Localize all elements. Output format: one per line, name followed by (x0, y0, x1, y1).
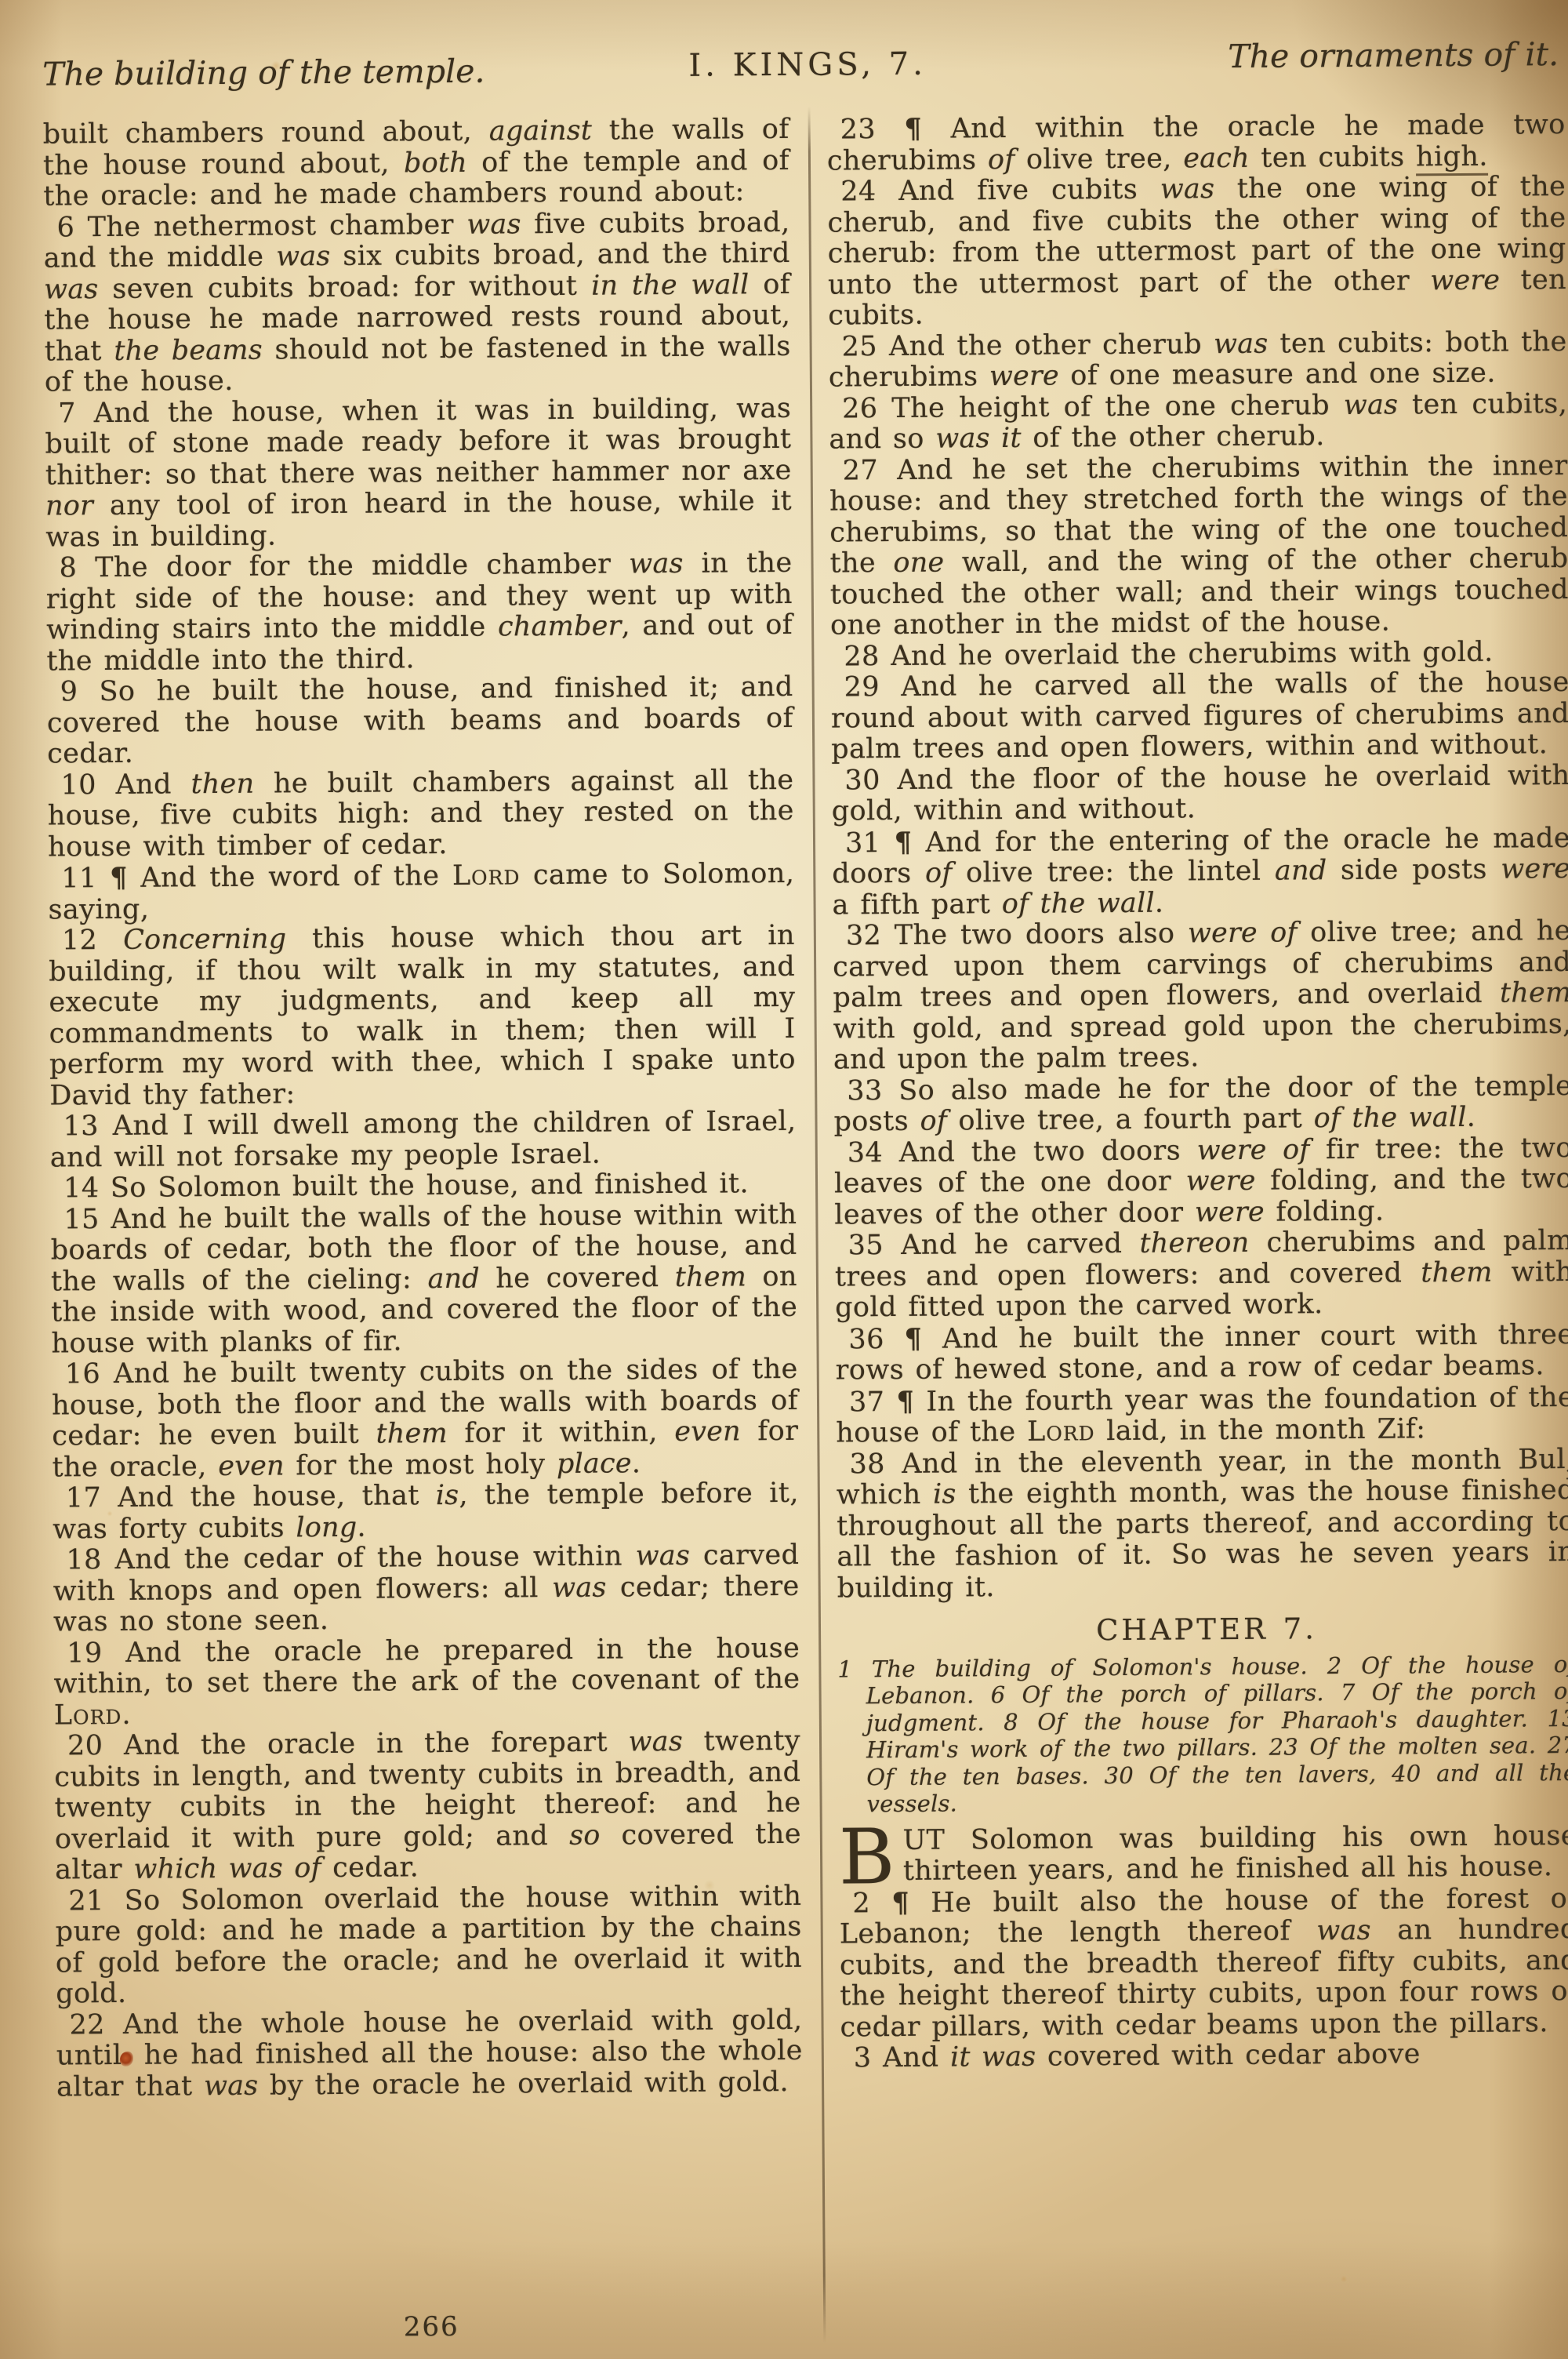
verse-11: 11 ¶ And the word of the Lord came to So… (48, 858, 795, 926)
verse-number: 21 (68, 1885, 104, 1917)
verse-22: 22 And the whole house he overlaid with … (56, 2005, 803, 2103)
verse-number: 12 (62, 925, 98, 956)
verse-17: 17 And the house, that is, the temple be… (53, 1478, 800, 1546)
verse-31: 31 ¶ And for the entering of the oracle … (832, 822, 1568, 921)
verse-26: 26 The height of the one cherub was ten … (829, 389, 1568, 456)
verse-number: 10 (60, 769, 96, 801)
verse-38: 38 And in the eleventh year, in the mont… (836, 1444, 1568, 1604)
verse-21: 21 So Solomon overlaid the house within … (55, 1881, 802, 2010)
drop-cap: B (839, 1827, 895, 1887)
pilcrow-mark: ¶ (896, 1385, 914, 1417)
small-caps-lord: Lord (54, 1699, 122, 1731)
verse-number: 32 (846, 920, 882, 951)
verse-29: 29 And he carved all the walls of the ho… (831, 667, 1568, 765)
verse-number: 14 (64, 1172, 100, 1204)
verse-6: 6 The nethermost chamber was five cubits… (43, 207, 791, 398)
verse-12: 12 Concerning this house which thou art … (49, 921, 797, 1112)
verse-number: 34 (848, 1137, 884, 1169)
verse-number: 38 (849, 1448, 885, 1480)
page-number: 266 (58, 2309, 804, 2346)
verse-number: 31 (845, 827, 881, 859)
chapter-summary: 1 The building of Solomon's house. 2 Of … (837, 1650, 1568, 1818)
verse-number: 26 (842, 393, 878, 424)
verse-number: 35 (848, 1230, 884, 1261)
verse-13: 13 And I will dwell among the children o… (49, 1107, 797, 1174)
bible-page: The building of the temple. I. KINGS, 7.… (0, 0, 1568, 2359)
verse-number: 18 (66, 1544, 102, 1576)
verse-36: 36 ¶ And he built the inner court with t… (835, 1318, 1568, 1387)
verse-number: 15 (64, 1204, 100, 1235)
pilcrow-mark: ¶ (894, 826, 912, 858)
verse-number: 22 (69, 2009, 105, 2041)
verse-number: 3 (854, 2042, 872, 2074)
verse-32: 32 The two doors also were of olive tree… (833, 916, 1568, 1076)
verse-30: 30 And the floor of the house he overlai… (831, 760, 1568, 827)
small-caps-lord: Lord (1027, 1416, 1095, 1448)
verse-number: 36 (848, 1324, 884, 1355)
right-column-verses-chapter7: BUT Solomon was building his own house t… (839, 1820, 1568, 2074)
verse-7: 7 And the house, when it was in building… (45, 393, 792, 553)
verse-number: 6 (56, 212, 74, 243)
running-head-right: The ornaments of it. (1228, 35, 1559, 75)
right-column-verses: 23 ¶ And within the oracle he made two c… (827, 109, 1568, 1605)
verse-25: 25 And the other cherub was ten cubits: … (828, 327, 1567, 394)
verse-number: 2 (852, 1888, 870, 1919)
small-caps-lord: Lord (452, 860, 521, 892)
verse-number: 19 (67, 1637, 103, 1669)
verse-number: 23 (840, 114, 877, 145)
verse-number: 24 (840, 176, 877, 207)
verse-number: 30 (844, 765, 880, 796)
verse-23: 23 ¶ And within the oracle he made two c… (827, 109, 1566, 177)
pilcrow-mark: ¶ (904, 113, 922, 145)
chapter-heading: CHAPTER 7. (837, 1612, 1568, 1648)
verse-10: 10 And then he built chambers against al… (47, 765, 794, 863)
verse-35: 35 And he carved thereon cherubims and p… (834, 1226, 1568, 1324)
pilcrow-mark: ¶ (904, 1322, 922, 1354)
verse-number: 33 (847, 1075, 883, 1107)
pilcrow-mark: ¶ (891, 1886, 909, 1918)
page-content: The building of the temple. I. KINGS, 7.… (0, 0, 1568, 2359)
verse-2: 2 ¶ He built also the house of the fores… (839, 1882, 1568, 2043)
underline-mark: high. (1416, 140, 1488, 176)
verse-number: 16 (65, 1358, 101, 1390)
verse-number: 7 (58, 398, 76, 429)
running-head: The building of the temple. I. KINGS, 7.… (0, 0, 1560, 107)
verse-15: 15 And he built the walls of the house w… (50, 1199, 797, 1359)
verse-number: 28 (844, 641, 880, 672)
verse-number: 13 (63, 1110, 99, 1142)
verse-8: 8 The door for the middle chamber was in… (45, 548, 793, 678)
verse-number: 9 (60, 676, 78, 707)
verse-number: 11 (61, 863, 97, 894)
verse-16: 16 And he built twenty cubits on the sid… (52, 1354, 799, 1484)
verse-number: 37 (849, 1387, 885, 1418)
ink-stain (119, 2052, 132, 2066)
verse-number: 25 (841, 331, 877, 362)
verse-3: 3 And it was covered with cedar above (840, 2038, 1568, 2074)
verse-34: 34 And the two doors were of fir tree: t… (834, 1132, 1568, 1230)
text-column-right: 23 ¶ And within the oracle he made two c… (827, 109, 1568, 2074)
verse-number: 8 (59, 552, 77, 583)
verse-18: 18 And the cedar of the house within was… (53, 1540, 800, 1638)
pilcrow-mark: ¶ (110, 862, 128, 894)
verse: built chambers round about, against the … (43, 114, 790, 213)
verse-24: 24 And five cubits was the one wing of t… (827, 172, 1566, 332)
verse-27: 27 And he set the cherubims within the i… (829, 450, 1568, 642)
verse-33: 33 So also made he for the door of the t… (833, 1070, 1568, 1138)
text-column-left: built chambers round about, against the … (43, 114, 804, 2103)
verse-19: 19 And the oracle he prepared in the hou… (53, 1633, 800, 1731)
verse-number: 20 (67, 1730, 103, 1761)
verse-number: 29 (844, 671, 880, 703)
column-divider (808, 107, 826, 2343)
verse-number: 17 (66, 1482, 102, 1514)
verse-20: 20 And the oracle in the forepart was tw… (54, 1726, 801, 1886)
verse-number: 27 (843, 455, 879, 486)
verse: BUT Solomon was building his own house t… (839, 1820, 1568, 1888)
verse-37: 37 ¶ In the fourth year was the foundati… (836, 1381, 1568, 1449)
verse-9: 9 So he built the house, and finished it… (47, 672, 794, 770)
